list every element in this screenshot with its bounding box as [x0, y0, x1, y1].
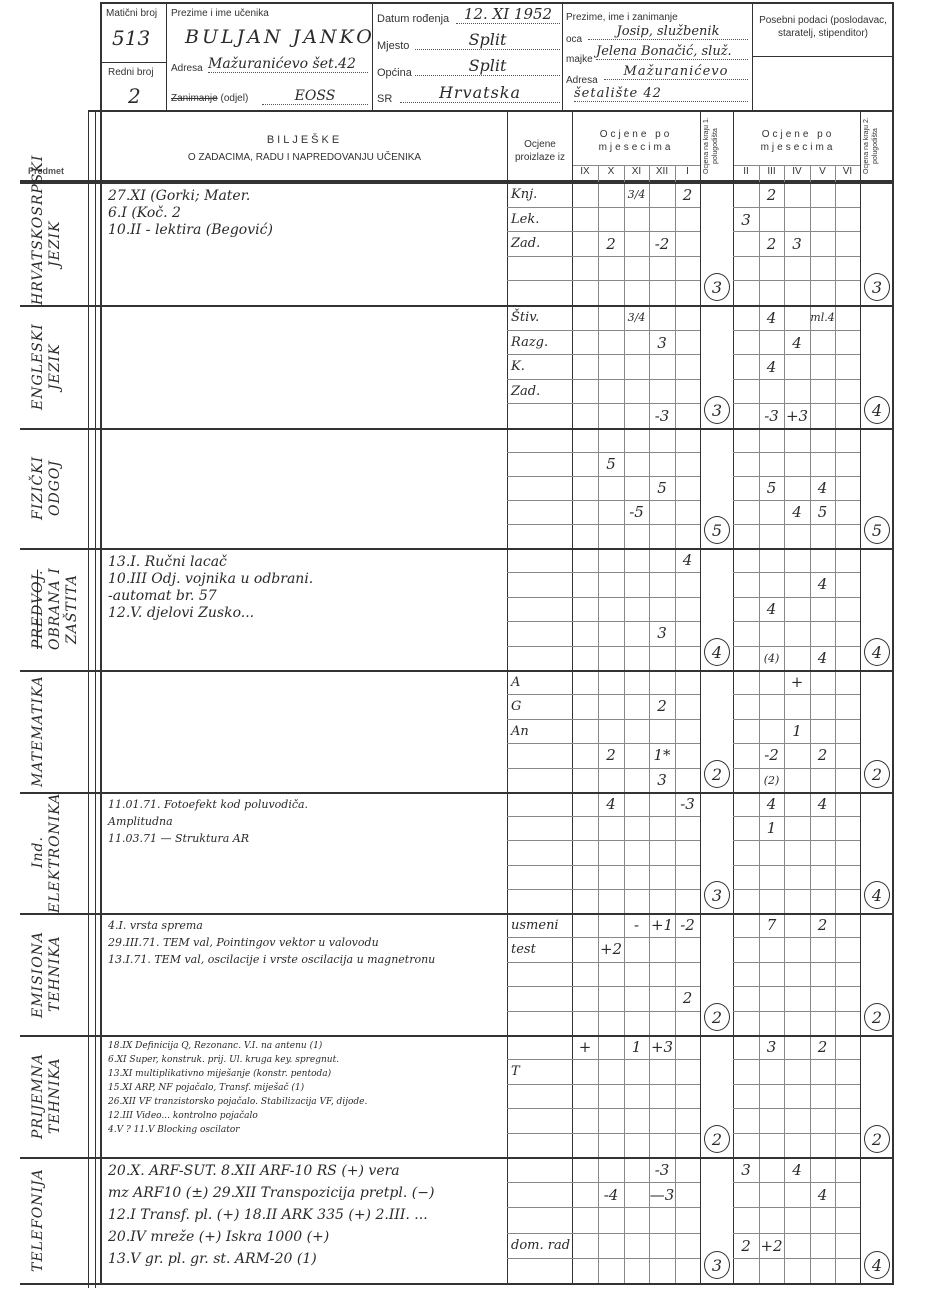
subject-divider — [20, 1157, 894, 1159]
subrow-line — [733, 476, 860, 477]
monthly-grade: 5 — [759, 476, 784, 500]
divider — [372, 2, 373, 110]
monthly-grade: -3 — [759, 403, 784, 428]
monthly-grade: —3 — [649, 1182, 675, 1207]
subrow-line — [507, 1084, 700, 1085]
monthly-grade: +3 — [649, 1035, 675, 1059]
subrow-line — [733, 1258, 860, 1259]
subrow-line — [507, 597, 700, 598]
note-line: 11.01.71. Fotoefekt kod poluvodiča. — [108, 798, 308, 811]
zanimanje-value: EOSS — [262, 88, 368, 105]
monthly-grade: (4) — [759, 646, 784, 670]
month-divider — [835, 165, 836, 1285]
frame-left — [100, 2, 102, 1285]
monthly-grade: 3 — [784, 231, 810, 256]
subject-divider — [20, 428, 894, 430]
monthly-grade: 1 — [624, 1035, 649, 1059]
note-line: 4.I. vrsta sprema — [108, 919, 203, 932]
note-line: 10.II - lektira (Begović) — [108, 222, 273, 238]
grade-source: test — [511, 937, 571, 961]
monthly-grade: +2 — [598, 937, 624, 961]
grade-source: Zad. — [511, 231, 571, 256]
opcina-value: Split — [415, 56, 560, 76]
month-label: IX — [572, 166, 598, 177]
sem2-grade: 4 — [864, 396, 890, 424]
monthly-grade: 4 — [598, 792, 624, 816]
sr-label: SR — [377, 93, 392, 105]
note-line: 6.I (Koč. 2 — [108, 205, 181, 221]
note-line: 12.V. djelovi Zusko... — [108, 605, 254, 621]
note-line: 13.V gr. pl. gr. st. ARM-20 (1) — [108, 1251, 317, 1267]
monthly-grade: 2 — [675, 986, 700, 1010]
monthly-grade: -3 — [649, 403, 675, 428]
monthly-grade: -2 — [759, 743, 784, 767]
maticni-broj-label: Matični broj — [106, 8, 157, 19]
note-line: 13.I.71. TEM val, oscilacije i vrste osc… — [108, 953, 435, 966]
subrow-line — [733, 1108, 860, 1109]
note-line: 6.XI Super, konstruk. prij. Ul. kruga ke… — [108, 1055, 339, 1065]
monthly-grade: 3 — [759, 1035, 784, 1059]
monthly-grade: 3/4 — [624, 305, 649, 330]
divider — [102, 62, 166, 63]
monthly-grade: 5 — [598, 452, 624, 476]
table-header-top — [88, 110, 894, 112]
sem1-grade: 5 — [704, 516, 730, 544]
subrow-line — [733, 694, 860, 695]
divider — [166, 2, 167, 110]
sem1-grade: 4 — [704, 638, 730, 666]
grade-source: T — [511, 1059, 571, 1083]
subrow-line — [507, 280, 700, 281]
subrow-line — [733, 379, 860, 380]
monthly-grade: -2 — [675, 913, 700, 937]
subrow-line — [733, 865, 860, 866]
majke-label: majke — [566, 54, 593, 65]
sem1-grade: 3 — [704, 396, 730, 424]
sem2-grade: 5 — [864, 516, 890, 544]
grade-source: K. — [511, 354, 571, 379]
monthly-grade: +2 — [759, 1233, 784, 1258]
subrow-line — [507, 816, 700, 817]
month-divider — [675, 165, 676, 1285]
subrow-line — [733, 1182, 860, 1183]
note-line: 15.XI ARP, NF pojačalo, Transf. miješač … — [108, 1083, 304, 1093]
subject-name: MATEMATIKA — [30, 670, 88, 792]
monthly-grade: 5 — [810, 500, 835, 524]
note-line: 11.03.71 — Struktura AR — [108, 832, 249, 845]
biljeske-subtitle: O ZADACIMA, RADU I NAPREDOVANJU UČENIKA — [102, 152, 507, 163]
sem2-label: Ocjena na kraju 2. polugodišta — [862, 114, 892, 178]
sem2-grade: 2 — [864, 1125, 890, 1153]
month-divider — [810, 165, 811, 1285]
subject-name: Ind. ELEKTRONIKA — [30, 792, 88, 913]
sem2-grade: 2 — [864, 1003, 890, 1031]
monthly-grade: 2 — [598, 743, 624, 767]
subrow-line — [733, 646, 860, 647]
month-divider — [598, 165, 599, 1285]
month-divider — [759, 165, 760, 1285]
monthly-grade: -3 — [649, 1157, 675, 1182]
note-line: 13.XI multiplikativno miješanje (konstr.… — [108, 1069, 331, 1079]
subrow-line — [733, 1207, 860, 1208]
monthly-grade: 2 — [759, 231, 784, 256]
roditelji-adresa-line2: šetalište 42 — [574, 86, 748, 102]
prezime-label: Prezime i ime učenika — [171, 8, 269, 19]
monthly-grade: 7 — [759, 913, 784, 937]
sem1-grade: 3 — [704, 881, 730, 909]
subject-divider — [20, 670, 894, 672]
divider — [562, 2, 563, 110]
subrow-line — [733, 743, 860, 744]
monthly-grade: -3 — [675, 792, 700, 816]
subrow-line — [733, 1059, 860, 1060]
subrow-line — [507, 256, 700, 257]
note-line: 10.III Odj. vojnika u odbrani. — [108, 571, 313, 587]
monthly-grade: ml.4 — [810, 305, 835, 330]
subrow-line — [507, 1133, 700, 1134]
monthly-grade: 2 — [810, 913, 835, 937]
mjesto-value: Split — [415, 30, 560, 50]
subject-name-struck: PREDVOJ. — [30, 569, 46, 648]
monthly-grade: 4 — [759, 597, 784, 621]
redni-broj-label: Redni broj — [108, 67, 154, 78]
predmet-col-right — [88, 110, 89, 1288]
zanimanje-label: (odjel) — [220, 93, 248, 104]
subrow-line — [733, 937, 860, 938]
subrow-line — [733, 1133, 860, 1134]
monthly-grade: 2 — [810, 1035, 835, 1059]
sem2-grade: 4 — [864, 638, 890, 666]
monthly-grade: 4 — [784, 500, 810, 524]
monthly-grade: 2 — [675, 182, 700, 207]
monthly-grade: 3 — [733, 1157, 759, 1182]
frame-left-outer — [95, 110, 96, 1288]
subrow-line — [733, 597, 860, 598]
grade-source: A — [511, 670, 571, 694]
subrow-line — [507, 524, 700, 525]
subrow-line — [507, 986, 700, 987]
monthly-grade: 3 — [649, 330, 675, 355]
subrow-line — [507, 889, 700, 890]
subrow-line — [733, 816, 860, 817]
mjesto-label: Mjesto — [377, 40, 409, 52]
note-line: 12.I Transf. pl. (+) 18.II ARK 335 (+) 2… — [108, 1207, 428, 1223]
monthly-grade: +3 — [784, 403, 810, 428]
monthly-grade: 4 — [784, 330, 810, 355]
subrow-line — [733, 572, 860, 573]
grade-source: An — [511, 719, 571, 743]
subrow-line — [507, 840, 700, 841]
monthly-grade: 4 — [810, 792, 835, 816]
subrow-line — [733, 889, 860, 890]
monthly-grade: 3/4 — [624, 182, 649, 207]
sem1-grade: 3 — [704, 273, 730, 301]
datum-value: 12. XI 1952 — [456, 5, 560, 24]
monthly-grade: 3 — [649, 768, 675, 792]
subrow-line — [733, 452, 860, 453]
column-divider — [700, 110, 701, 1285]
note-line: 26.XII VF tranzistorsko pojačalo. Stabil… — [108, 1097, 367, 1107]
month-label: X — [598, 166, 624, 177]
note-line: 4.V ? 11.V Blocking oscilator — [108, 1125, 240, 1135]
subrow-line — [507, 572, 700, 573]
month-label: XII — [649, 166, 675, 177]
sem2-grade: 2 — [864, 760, 890, 788]
monthly-grade: 2 — [733, 1233, 759, 1258]
monthly-grade: 3 — [733, 207, 759, 232]
subrow-line — [733, 1084, 860, 1085]
sem2-grade: 3 — [864, 273, 890, 301]
subrow-line — [507, 1108, 700, 1109]
subrow-line — [507, 1011, 700, 1012]
datum-label: Datum rođenja — [377, 13, 449, 25]
posebni-podaci-label: Posebni podaci (poslodavac, staratelj, s… — [758, 14, 888, 40]
grade-source: Zad. — [511, 379, 571, 404]
month-label: XI — [624, 166, 649, 177]
subrow-line — [733, 986, 860, 987]
month-divider — [624, 165, 625, 1285]
divider — [752, 56, 892, 57]
grade-source: Knj. — [511, 182, 571, 207]
adresa-value: Mažuranićevo šet.42 — [208, 56, 368, 73]
roditelji-adresa-label: Adresa — [566, 75, 598, 86]
subrow-line — [507, 1207, 700, 1208]
note-line: 18.IX Definicija Q, Rezonanc. V.I. na an… — [108, 1041, 322, 1051]
sem1-grade: 3 — [704, 1251, 730, 1279]
sem1-grade: 2 — [704, 760, 730, 788]
monthly-grade: 4 — [810, 1182, 835, 1207]
subject-name: PREDVOJ. OBRANA I ZAŠTITA — [30, 548, 88, 670]
ocjene-po-mjesecima-1: Ocjene po mjesecima — [576, 128, 696, 154]
month-label: I — [675, 166, 700, 177]
subrow-line — [733, 1011, 860, 1012]
month-label: IV — [784, 166, 810, 177]
note-line: -automat br. 57 — [108, 588, 217, 604]
monthly-grade: 2 — [598, 231, 624, 256]
grade-source: Lek. — [511, 207, 571, 232]
grade-source: Štiv. — [511, 305, 571, 330]
subrow-line — [507, 500, 700, 501]
monthly-grade: +1 — [649, 913, 675, 937]
note-line: mz ARF10 (±) 29.XII Transpozicija pretpl… — [108, 1185, 434, 1201]
biljeske-title: BILJEŠKE — [102, 134, 507, 146]
table-bottom — [20, 1283, 894, 1285]
proizlaze-label: Ocjene proizlaze iz — [508, 138, 572, 164]
monthly-grade: 4 — [675, 548, 700, 572]
subrow-line — [733, 524, 860, 525]
monthly-grade: (2) — [759, 768, 784, 792]
monthly-grade: 1 — [759, 816, 784, 840]
monthly-grade: 4 — [759, 792, 784, 816]
monthly-grade: 4 — [759, 305, 784, 330]
grade-source: Razg. — [511, 330, 571, 355]
grade-source: usmeni — [511, 913, 571, 937]
subrow-line — [733, 768, 860, 769]
redni-broj-value: 2 — [128, 84, 141, 108]
subrow-line — [733, 256, 860, 257]
monthly-grade: + — [572, 1035, 598, 1059]
subject-name: PRIJEMNA TEHNIKA — [30, 1035, 88, 1157]
monthly-grade: - — [624, 913, 649, 937]
roditelji-adresa-line1: Mažuranićevo — [604, 64, 748, 80]
note-line: 13.I. Ručni lacač — [108, 554, 227, 570]
frame-top — [100, 2, 894, 4]
note-line: 27.XI (Gorki; Mater. — [108, 188, 250, 204]
monthly-grade: 2 — [810, 743, 835, 767]
monthly-grade: 2 — [759, 182, 784, 207]
subject-divider — [20, 548, 894, 550]
monthly-grade: 1 — [784, 719, 810, 743]
sem1-label: Ocjena na kraju 1. polugodišta — [702, 114, 732, 178]
grade-source: G — [511, 694, 571, 718]
subrow-line — [507, 865, 700, 866]
majke-value: Jelena Bonačić, služ. — [596, 44, 748, 60]
adresa-label: Adresa — [171, 63, 203, 74]
month-label: II — [733, 166, 759, 177]
subject-name: EMISIONA TEHNIKA — [30, 913, 88, 1035]
month-label: III — [759, 166, 784, 177]
grade-source: dom. rad — [511, 1233, 571, 1258]
maticni-broj-value: 513 — [112, 26, 150, 50]
monthly-grade: 5 — [649, 476, 675, 500]
subject-name: TELEFONIJA — [30, 1157, 88, 1283]
monthly-grade: + — [784, 670, 810, 694]
subrow-line — [733, 280, 860, 281]
sr-value: Hrvatska — [400, 83, 560, 103]
monthly-grade: 4 — [810, 646, 835, 670]
sem1-grade: 2 — [704, 1003, 730, 1031]
month-label: V — [810, 166, 835, 177]
monthly-grade: -4 — [598, 1182, 624, 1207]
ocjene-po-mjesecima-2: Ocjene po mjesecima — [738, 128, 858, 154]
prezime-value: BULJAN JANKO — [185, 26, 375, 48]
note-line: 20.X. ARF-SUT. 8.XII ARF-10 RS (+) vera — [108, 1163, 400, 1179]
monthly-grade: 4 — [810, 476, 835, 500]
subrow-line — [733, 840, 860, 841]
zanimanje-label-struck: Zanimanje — [171, 93, 218, 104]
monthly-grade: -5 — [624, 500, 649, 524]
sem2-grade: 4 — [864, 881, 890, 909]
monthly-grade: 1* — [649, 743, 675, 767]
note-line: 12.III Video... kontrolno pojačalo — [108, 1111, 258, 1121]
frame-right — [892, 2, 894, 1285]
subrow-line — [733, 621, 860, 622]
monthly-grade: 4 — [759, 354, 784, 379]
oca-label: oca — [566, 34, 582, 45]
subrow-line — [507, 962, 700, 963]
sem1-grade: 2 — [704, 1125, 730, 1153]
oca-value: Josip, službenik — [588, 24, 748, 40]
subject-name: ENGLESKI JEZIK — [30, 305, 88, 428]
monthly-grade: 3 — [649, 621, 675, 645]
sem2-grade: 4 — [864, 1251, 890, 1279]
subrow-line — [507, 1258, 700, 1259]
note-line: 20.IV mreže (+) Iskra 1000 (+) — [108, 1229, 329, 1245]
month-label: VI — [835, 166, 860, 177]
column-divider — [860, 110, 861, 1285]
roditelji-label: Prezime, ime i zanimanje — [566, 12, 678, 23]
subrow-line — [507, 646, 700, 647]
monthly-grade: 4 — [810, 572, 835, 596]
subject-name: FIZIČKI ODGOJ — [30, 428, 88, 548]
opcina-label: Općina — [377, 67, 412, 79]
monthly-grade: 2 — [649, 694, 675, 718]
monthly-grade: -2 — [649, 231, 675, 256]
subject-name: HRVATSKOSRPSKI JEZIK — [30, 182, 88, 305]
subrow-line — [733, 962, 860, 963]
monthly-grade: 4 — [784, 1157, 810, 1182]
note-line: 29.III.71. TEM val, Pointingov vektor u … — [108, 936, 379, 949]
note-line: Amplitudna — [108, 815, 173, 828]
